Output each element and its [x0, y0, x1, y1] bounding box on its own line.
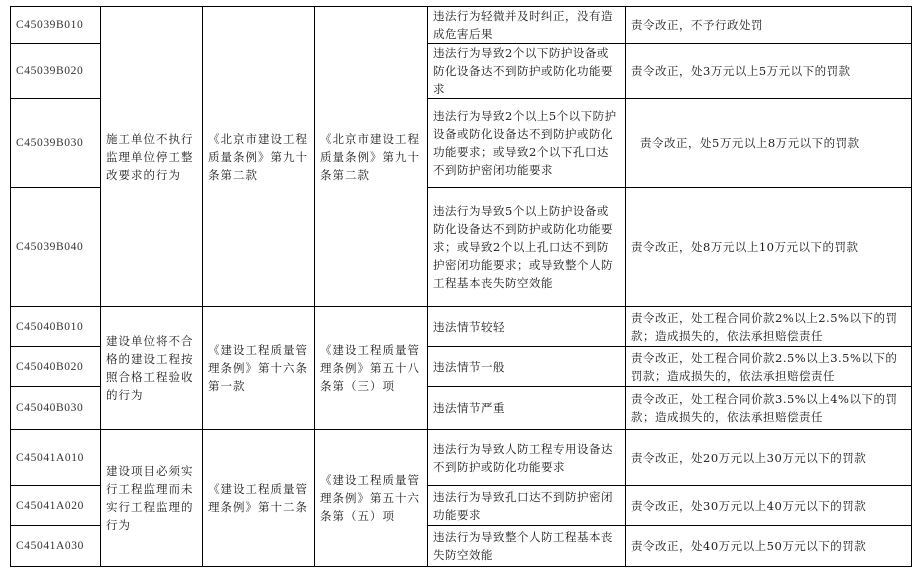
code-cell: C45039B040 [11, 188, 101, 307]
table-row: C45041A010 建设项目必须实行工程监理而未实行工程监理的行为 《建设工程… [11, 430, 912, 486]
penalty-standard-cell: 责令改正，处工程合同价款2%以上2.5%以下的罚款；造成损失的，依法承担赔偿责任 [626, 307, 912, 347]
table-row: C45040B010 建设单位将不合格的建设工程按照合格工程验收的行为 《建设工… [11, 307, 912, 347]
penalty-standard-cell: 责令改正，不予行政处罚 [626, 7, 912, 44]
code-cell: C45039B020 [11, 44, 101, 99]
code-cell: C45040B030 [11, 387, 101, 430]
penalty-standard-cell: 责令改正，处3万元以上5万元以下的罚款 [626, 44, 912, 99]
circumstance-cell: 违法行为导致2个以上5个以下防护设备或防化设备达不到防护或防化功能要求；或导致2… [428, 99, 626, 188]
penalty-standard-cell: 责令改正，处5万元以上8万元以下的罚款 [626, 99, 912, 188]
table-row: C45039B010 施工单位不执行监理单位停工整改要求的行为 《北京市建设工程… [11, 7, 912, 44]
violated-provision-cell: 《建设工程质量管理条例》第十六条第一款 [203, 307, 315, 430]
circumstance-cell: 违法行为导致孔口达不到防护密闭功能要求 [428, 486, 626, 526]
code-cell: C45041A030 [11, 526, 101, 567]
circumstance-cell: 违法情节一般 [428, 347, 626, 387]
penalty-standard-cell: 责令改正，处20万元以上30万元以下的罚款 [626, 430, 912, 486]
penalty-provision-cell: 《北京市建设工程质量条例》第九十条第二款 [315, 7, 428, 307]
circumstance-cell: 违法情节较轻 [428, 307, 626, 347]
violation-behavior-cell: 施工单位不执行监理单位停工整改要求的行为 [101, 7, 203, 307]
code-cell: C45040B020 [11, 347, 101, 387]
circumstance-cell: 违法情节严重 [428, 387, 626, 430]
code-cell: C45039B030 [11, 99, 101, 188]
code-cell: C45041A010 [11, 430, 101, 486]
violation-behavior-cell: 建设单位将不合格的建设工程按照合格工程验收的行为 [101, 307, 203, 430]
circumstance-cell: 违法行为导致5个以上防护设备或防化设备达不到防护或防化功能要求；或导致2个以上孔… [428, 188, 626, 307]
penalty-standard-cell: 责令改正，处工程合同价款2.5%以上3.5%以下的罚款；造成损失的，依法承担赔偿… [626, 347, 912, 387]
penalty-standard-cell: 责令改正，处工程合同价款3.5%以上4%以下的罚款；造成损失的，依法承担赔偿责任 [626, 387, 912, 430]
penalty-standards-table: C45039B010 施工单位不执行监理单位停工整改要求的行为 《北京市建设工程… [10, 6, 912, 567]
code-cell: C45039B010 [11, 7, 101, 44]
penalty-standard-cell: 责令改正，处30万元以上40万元以下的罚款 [626, 486, 912, 526]
circumstance-cell: 违法行为导致2个以下防护设备或防化设备达不到防护或防化功能要求 [428, 44, 626, 99]
circumstance-cell: 违法行为导致人防工程专用设备达不到防护或防化功能要求 [428, 430, 626, 486]
violated-provision-cell: 《建设工程质量管理条例》第十二条 [203, 430, 315, 567]
violation-behavior-cell: 建设项目必须实行工程监理而未实行工程监理的行为 [101, 430, 203, 567]
penalty-standard-cell: 责令改正，处8万元以上10万元以下的罚款 [626, 188, 912, 307]
violated-provision-cell: 《北京市建设工程质量条例》第九十条第二款 [203, 7, 315, 307]
penalty-provision-cell: 《建设工程质量管理条例》第五十八条第（三）项 [315, 307, 428, 430]
code-cell: C45041A020 [11, 486, 101, 526]
code-cell: C45040B010 [11, 307, 101, 347]
penalty-provision-cell: 《建设工程质量管理条例》第五十六条第（五）项 [315, 430, 428, 567]
circumstance-cell: 违法行为导致整个人防工程基本丧失防空效能 [428, 526, 626, 567]
penalty-standard-cell: 责令改正，处40万元以上50万元以下的罚款 [626, 526, 912, 567]
circumstance-cell: 违法行为轻微并及时纠正，没有造成危害后果 [428, 7, 626, 44]
